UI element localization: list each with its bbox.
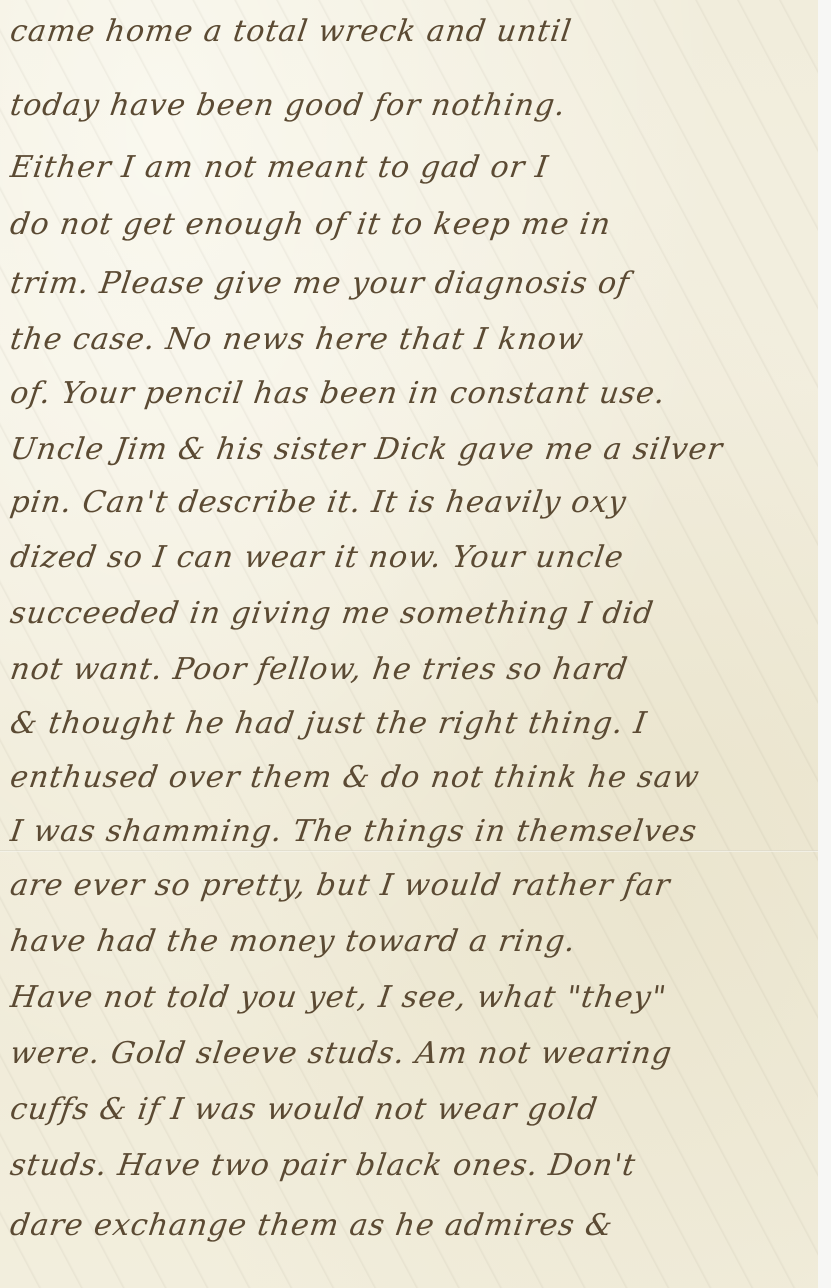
handwritten-line: I was shamming. The things in themselves	[8, 814, 818, 849]
handwritten-line: trim. Please give me your diagnosis of	[8, 266, 818, 301]
handwritten-line: & thought he had just the right thing. I	[8, 706, 818, 741]
handwritten-line: studs. Have two pair black ones. Don't	[8, 1148, 818, 1183]
handwritten-line: pin. Can't describe it. It is heavily ox…	[8, 485, 818, 520]
handwritten-line: do not get enough of it to keep me in	[8, 207, 818, 242]
handwritten-line: dized so I can wear it now. Your uncle	[8, 540, 818, 575]
handwritten-line: Uncle Jim & his sister Dick gave me a si…	[8, 432, 818, 467]
handwritten-line: enthused over them & do not think he saw	[8, 760, 818, 795]
handwritten-line: cuffs & if I was would not wear gold	[8, 1092, 818, 1127]
handwritten-line: the case. No news here that I know	[8, 322, 818, 357]
letter-page: came home a total wreck and until today …	[0, 0, 818, 1288]
handwritten-line: Either I am not meant to gad or I	[8, 150, 818, 185]
handwritten-line: not want. Poor fellow, he tries so hard	[8, 652, 818, 687]
handwritten-line: have had the money toward a ring.	[8, 924, 818, 959]
paper-fold-line	[0, 850, 818, 852]
handwritten-line: Have not told you yet, I see, what "they…	[8, 980, 818, 1015]
handwritten-line: dare exchange them as he admires &	[8, 1208, 818, 1243]
handwritten-line: were. Gold sleeve studs. Am not wearing	[8, 1036, 818, 1071]
handwritten-line: are ever so pretty, but I would rather f…	[8, 868, 818, 903]
handwritten-line: today have been good for nothing.	[8, 88, 818, 123]
handwritten-line: succeeded in giving me something I did	[8, 596, 818, 631]
handwritten-line: came home a total wreck and until	[8, 14, 818, 49]
handwritten-line: of. Your pencil has been in constant use…	[8, 376, 818, 411]
scan-margin	[818, 0, 831, 1288]
